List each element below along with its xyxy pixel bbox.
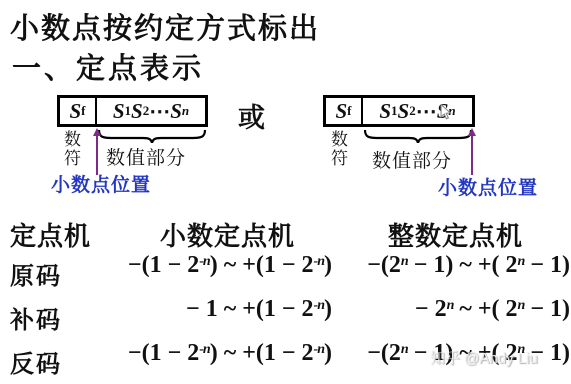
- ellipsis: ⋯: [416, 99, 437, 124]
- formula-part: −(1 − 2: [128, 340, 199, 366]
- formula-exponent: -n: [314, 254, 324, 269]
- formula-part: − 1 ~ +(1 − 2: [186, 296, 314, 322]
- value-symbol: S: [379, 99, 391, 124]
- row-label: 反码: [10, 344, 62, 379]
- sign-caption: 数符: [328, 130, 348, 168]
- range-fraction: −(1 − 2-n) ~ +(1 − 2-n): [60, 340, 332, 367]
- formula-exponent: -n: [314, 298, 324, 313]
- value-part-caption: 数值部分: [372, 146, 452, 173]
- formula-part: − 1): [524, 296, 570, 322]
- table-row: 补码 − 1 ~ +(1 − 2-n) − 2n ~ +( 2n − 1): [0, 296, 571, 332]
- range-integer: −(2n − 1) ~ +( 2n − 1): [344, 252, 570, 279]
- mouse-cursor-icon: [440, 104, 452, 120]
- formula-part: −(2: [367, 252, 401, 278]
- sign-subscript: f: [347, 103, 351, 119]
- col-header-machine: 定点机: [10, 216, 91, 253]
- formula-part: ): [324, 340, 332, 366]
- slide: 小数点按约定方式标出 一、定点表示 Sf S1S2⋯Sn 数符 数值部分 小数点…: [0, 0, 571, 384]
- col-header-fraction-machine: 小数定点机: [160, 216, 295, 253]
- formula-part: ) ~ +(1 − 2: [210, 252, 314, 278]
- row-label: 补码: [10, 300, 62, 335]
- ellipsis: ⋯: [149, 99, 170, 124]
- formula-part: − 1) ~ +( 2: [408, 252, 518, 278]
- formula-part: −(1 − 2: [128, 252, 199, 278]
- section-heading: 一、定点表示: [12, 46, 204, 87]
- col-header-integer-machine: 整数定点机: [388, 216, 523, 253]
- slide-title: 小数点按约定方式标出: [10, 6, 320, 47]
- range-integer: − 2n ~ +( 2n − 1): [344, 296, 570, 323]
- formula-exponent: -n: [314, 342, 324, 357]
- decimal-point-label: 小数点位置: [438, 173, 538, 200]
- pointer-line: [96, 135, 98, 175]
- sign-bit-cell: Sf: [60, 98, 97, 124]
- sign-caption: 数符: [61, 130, 81, 168]
- formula-part: − 2: [415, 296, 447, 322]
- sign-bit-cell: Sf: [326, 98, 363, 124]
- underbrace-icon: [363, 129, 473, 143]
- value-bits-cell: S1S2⋯Sn: [97, 98, 205, 124]
- register-box-integer: Sf S1S2⋯Sn: [323, 95, 475, 127]
- value-symbol: S: [398, 99, 410, 124]
- value-bits-cell: S1S2⋯Sn: [363, 98, 472, 124]
- or-word: 或: [238, 96, 265, 135]
- formula-part: ~ +( 2: [453, 296, 517, 322]
- formula-part: ): [324, 296, 332, 322]
- formula-exponent: n: [401, 342, 408, 357]
- row-label: 原码: [10, 256, 62, 291]
- formula-part: ) ~ +(1 − 2: [210, 340, 314, 366]
- value-part-caption: 数值部分: [106, 143, 186, 170]
- pointer-line: [471, 135, 473, 175]
- formula-exponent: -n: [199, 254, 209, 269]
- formula-part: ): [324, 252, 332, 278]
- value-symbol: S: [113, 99, 125, 124]
- watermark: 知乎 @Andy Liu: [430, 347, 538, 368]
- sign-subscript: f: [81, 103, 85, 119]
- range-fraction: − 1 ~ +(1 − 2-n): [60, 296, 332, 323]
- decimal-point-label: 小数点位置: [51, 170, 151, 197]
- formula-part: −(2: [367, 340, 401, 366]
- value-subscript: n: [182, 103, 189, 119]
- formula-exponent: n: [401, 254, 408, 269]
- value-symbol: S: [170, 99, 182, 124]
- range-fraction: −(1 − 2-n) ~ +(1 − 2-n): [60, 252, 332, 279]
- formula-exponent: -n: [199, 342, 209, 357]
- formula-part: − 1): [524, 252, 570, 278]
- value-symbol: S: [131, 99, 143, 124]
- sign-symbol: S: [69, 99, 81, 124]
- table-row: 原码 −(1 − 2-n) ~ +(1 − 2-n) −(2n − 1) ~ +…: [0, 252, 571, 288]
- underbrace-icon: [97, 129, 207, 143]
- register-box-fraction: Sf S1S2⋯Sn: [57, 95, 208, 127]
- sign-symbol: S: [335, 99, 347, 124]
